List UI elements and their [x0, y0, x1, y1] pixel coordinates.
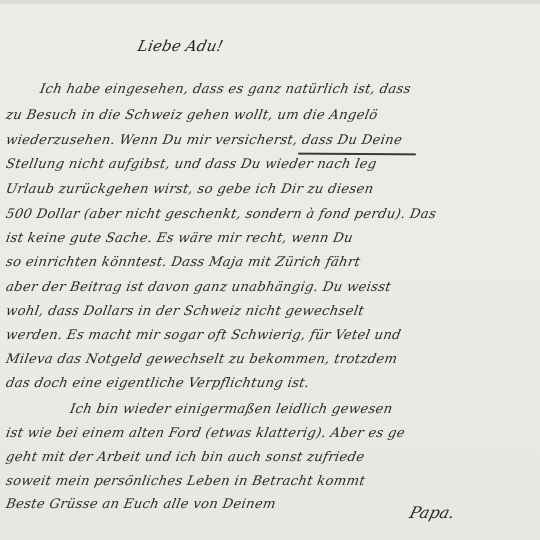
- letter-line: ist wie bei einem alten Ford (etwas klat…: [5, 426, 406, 441]
- letter-line: ist keine gute Sache. Es wäre mir recht,…: [5, 231, 354, 246]
- letter-line: so einrichten könntest. Dass Maja mit Zü…: [5, 255, 362, 270]
- letter-line: Ich habe eingesehen, dass es ganz natürl…: [39, 82, 412, 97]
- letter-line: Beste Grüsse an Euch alle von Deinem: [5, 497, 277, 512]
- letter-line: zu Besuch in die Schweiz gehen wollt, um…: [5, 108, 379, 123]
- letter-line: werden. Es macht mir sogar oft Schwierig…: [5, 328, 403, 343]
- letter-line: wohl, dass Dollars in der Schweiz nicht …: [5, 304, 365, 319]
- letter-line: geht mit der Arbeit und ich bin auch son…: [5, 450, 366, 465]
- letter-line: Stellung nicht aufgibst, und dass Du wie…: [5, 157, 378, 172]
- letter-line: Mileva das Notgeld gewechselt zu bekomme…: [5, 352, 399, 367]
- letter-line: das doch eine eigentliche Verpflichtung …: [5, 376, 311, 391]
- letter-line: aber der Beitrag ist davon ganz unabhäng…: [5, 280, 393, 295]
- letter-signature: Papa.: [408, 503, 457, 522]
- letter-line: Ich bin wieder einigermaßen leidlich gew…: [69, 402, 394, 417]
- word-underline: [298, 153, 416, 155]
- letter-line: wiederzusehen. Wenn Du mir versicherst, …: [5, 133, 404, 148]
- letter-line: Urlaub zurückgehen wirst, so gebe ich Di…: [5, 182, 375, 197]
- letter-salutation: Liebe Adu!: [136, 37, 225, 55]
- paper-top-edge: [0, 0, 540, 4]
- letter-line: soweit mein persönliches Leben in Betrac…: [5, 474, 367, 489]
- letter-line: 500 Dollar (aber nicht geschenkt, sonder…: [5, 207, 438, 222]
- letter-page: Liebe Adu! Ich habe eingesehen, dass es …: [0, 0, 540, 540]
